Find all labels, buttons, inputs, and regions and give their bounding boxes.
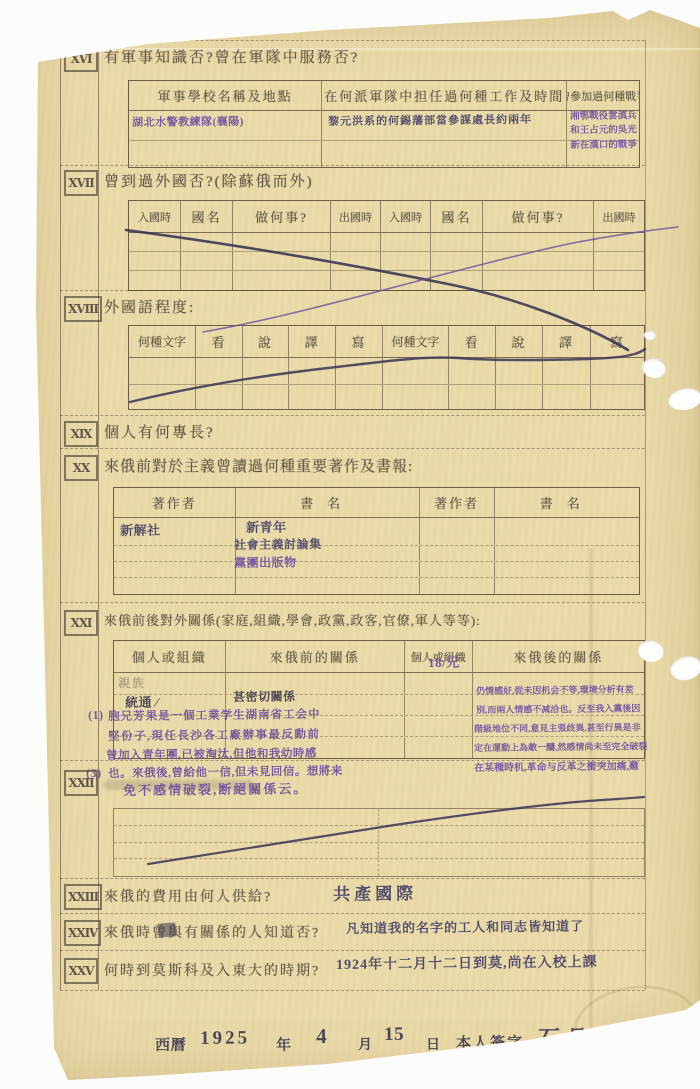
section-22-numeral: ⅩⅫ <box>64 770 98 796</box>
empty-cell <box>405 673 473 694</box>
section-21-numeral: ⅩⅪ <box>64 610 98 636</box>
year-label: 年 <box>276 1034 292 1055</box>
empty-cell <box>405 716 473 736</box>
column-header: 做何事? <box>233 201 331 232</box>
numeral-column-divider <box>98 40 99 990</box>
empty-cell <box>114 809 379 825</box>
empty-cell <box>181 252 233 270</box>
empty-cell <box>495 518 639 545</box>
empty-cell <box>381 252 431 270</box>
column-header: 看 <box>196 326 243 357</box>
empty-cell <box>129 141 322 167</box>
hw-line: 胞兄芳果是一個工業学生湖南省工会中 <box>108 706 321 724</box>
empty-cell <box>483 233 594 251</box>
section-divider <box>60 990 645 991</box>
empty-cell <box>495 562 639 577</box>
empty-cell <box>381 271 431 290</box>
empty-cell <box>449 358 496 384</box>
empty-cell <box>129 358 196 384</box>
empty-cell <box>114 843 379 858</box>
empty-cell <box>420 518 495 545</box>
column-header: 出國時 <box>594 201 644 232</box>
hw-line: 定在運動上為敵一醻,然感情尚未至完全破裂 <box>474 739 647 754</box>
empty-cell <box>331 233 381 251</box>
hw-answer-24: 凡知道我的名字的工人和同志皆知道了 <box>346 916 584 937</box>
hw-answer-23: 共產國際 <box>333 879 417 905</box>
column-header: 著作者 <box>420 488 495 517</box>
empty-cell <box>449 385 496 409</box>
section-16-numeral: ⅩⅥ <box>64 46 98 72</box>
hw-author: 新解社 <box>120 520 161 539</box>
form-right-border <box>645 40 646 990</box>
column-header: 書名 <box>236 488 420 517</box>
section-23-numeral: ⅩⅩⅢ <box>64 884 102 910</box>
section-divider <box>60 448 645 449</box>
empty-cell <box>322 141 567 167</box>
hw-service-answer: 黎元洪系的何錫藩部當參謀處長約兩年 <box>328 111 532 129</box>
hw-line: 在某種時机,革命与反革之衝突加痛,難 <box>474 757 639 774</box>
section-divider <box>60 602 645 603</box>
section-24-numeral: ⅩⅩⅣ <box>64 920 101 946</box>
hw-note-mark: 18/兄 <box>428 652 460 671</box>
month-label: 月 <box>358 1034 373 1054</box>
column-header: 說 <box>496 326 543 357</box>
column-header: 出國時 <box>331 201 381 232</box>
empty-cell <box>483 252 594 270</box>
section-25-numeral: ⅩⅩⅤ <box>64 958 98 984</box>
empty-cell <box>594 252 644 270</box>
column-header: 來俄前的關係 <box>226 641 405 672</box>
sign-label: 本人簽字 <box>456 1031 524 1053</box>
section-18-numeral: ⅩⅧ <box>64 296 102 322</box>
column-header: 看 <box>449 326 496 357</box>
section-divider <box>60 40 645 41</box>
empty-cell <box>331 252 381 270</box>
empty-cell <box>181 233 233 251</box>
section-16-question: 有軍事知識否?曾在軍隊中服務否? <box>104 46 359 67</box>
paper-tear-hole <box>644 330 656 340</box>
section-24-question: 來俄時曾與有關係的人知道否? <box>104 922 320 942</box>
column-header: 譯 <box>289 326 336 357</box>
column-header: 說 <box>243 326 289 357</box>
empty-cell <box>381 233 431 251</box>
abroad-table: 入國時 國名 做何事? 出國時 入國時 國名 做何事? 出國時 <box>128 200 645 291</box>
empty-cell <box>420 546 495 561</box>
empty-cell <box>233 233 331 251</box>
empty-cell <box>483 271 594 290</box>
empty-cell <box>405 695 473 715</box>
empty-cell <box>129 252 181 270</box>
column-header: 做何事? <box>483 201 594 232</box>
empty-cell <box>236 578 420 594</box>
hw-month-value: 4 <box>316 1024 327 1049</box>
empty-cell <box>379 826 644 842</box>
hw-day-value: 15 <box>384 1024 404 1046</box>
empty-cell <box>114 546 236 561</box>
column-header: 寫 <box>591 326 644 357</box>
hw-wars-answer: 湘鄂戰役雲滇兵和王占元的吳光新在漢口的戰爭 <box>570 109 640 152</box>
empty-cell <box>114 826 379 842</box>
empty-cell <box>114 859 379 876</box>
empty-cell <box>543 358 591 384</box>
hw-overflow-line: 免不感情破裂,断絕關係云。 <box>123 778 308 799</box>
hw-line: 階級地位不同,意見主張歧異,甚至行異是非 <box>474 720 641 735</box>
hw-line: 仍情感好,從未因机会不等,環境分析有差 <box>476 682 634 697</box>
empty-cell <box>379 843 644 858</box>
empty-cell <box>594 233 644 251</box>
empty-cell <box>431 271 483 290</box>
section-17-numeral: ⅩⅦ <box>64 170 98 196</box>
section-19-question: 個人有何專長? <box>104 421 215 442</box>
empty-cell <box>496 358 543 384</box>
column-header: 軍事學校名稱及地點 <box>129 81 322 110</box>
hw-book-2: 社會主義討論集 <box>234 535 322 553</box>
hw-line: 堅份子,現任長沙各工廠辦事最反動前 <box>108 726 321 744</box>
language-table: 何種文字 看 說 譯 寫 何種文字 看 說 譯 寫 <box>128 325 645 410</box>
empty-cell <box>233 271 331 290</box>
empty-cell <box>129 385 196 409</box>
day-label: 日 <box>426 1034 441 1054</box>
faint-row-label: 親族 <box>118 674 146 691</box>
hw-line: 曾加入青年團,已被淘汰,但他和我幼時感 <box>106 745 317 763</box>
section-21-question: 來俄前後對外關係(家庭,組織,學會,政黨,政客,官僚,軍人等等): <box>104 610 481 629</box>
empty-cell <box>495 578 639 594</box>
column-header: 國名 <box>181 201 233 232</box>
paper-sheet: ⅩⅥ 有軍事知識否?曾在軍隊中服務否? 軍事學校名稱及地點 在何派軍隊中担任過何… <box>28 8 700 1082</box>
empty-cell <box>336 385 383 409</box>
empty-cell <box>431 252 483 270</box>
empty-cell <box>431 233 483 251</box>
empty-cell <box>129 233 181 251</box>
empty-cell <box>405 737 473 758</box>
empty-cell <box>420 578 495 594</box>
column-header: 曾參加過何種戰爭 <box>567 81 639 110</box>
hw-school-answer: 湖北水警教練隊(襄陽) <box>132 113 244 130</box>
empty-cell <box>543 385 591 409</box>
empty-cell <box>289 358 336 384</box>
hw-year-value: 1925 <box>200 1027 250 1050</box>
section-20-numeral: ⅩⅩ <box>64 455 98 481</box>
hw-line: 別,而兩人情感不减洽也。反至我入黨後因 <box>476 701 640 716</box>
empty-cell <box>114 578 236 594</box>
hw-item-number: (1) <box>88 708 104 723</box>
empty-cell <box>233 252 331 270</box>
column-header: 譯 <box>543 326 591 357</box>
form-left-border <box>60 40 61 990</box>
empty-cell <box>496 385 543 409</box>
hw-book-1: 新青年 <box>246 517 287 536</box>
empty-cell <box>420 562 495 577</box>
empty-cell <box>289 385 336 409</box>
empty-cell <box>383 358 449 384</box>
empty-cell <box>594 271 644 290</box>
readings-table: 著作者 書名 著作者 書名 <box>113 487 640 595</box>
section-25-question: 何時到莫斯科及入東大的時期? <box>104 960 320 980</box>
section-17-question: 曾到過外國否?(除蘇俄而外) <box>104 170 314 191</box>
column-header: 國名 <box>431 201 483 232</box>
column-header: 來俄後的關係 <box>473 641 644 672</box>
hw-answer-25: 1924年十二月十二日到莫,尚在入校上課 <box>336 951 598 974</box>
empty-cell <box>591 358 644 384</box>
section-19-numeral: ⅩⅨ <box>64 421 98 447</box>
column-header: 入國時 <box>381 201 431 232</box>
hw-line: 甚密切關係 <box>233 687 296 705</box>
empty-cell <box>196 385 243 409</box>
scanned-form-photo: ⅩⅥ 有軍事知識否?曾在軍隊中服務否? 軍事學校名稱及地點 在何派軍隊中担任過何… <box>0 0 700 1089</box>
empty-cell <box>331 271 381 290</box>
empty-cell <box>243 358 289 384</box>
column-header: 何種文字 <box>129 326 196 357</box>
empty-cell <box>336 358 383 384</box>
empty-cell <box>129 271 181 290</box>
column-header: 著作者 <box>114 488 236 517</box>
hw-book-3: 黨團出版物 <box>234 553 297 571</box>
section-divider <box>60 913 645 914</box>
empty-cell <box>181 271 233 290</box>
section-23-question: 來俄的費用由何人供給? <box>104 886 272 906</box>
empty-cell <box>243 385 289 409</box>
section-20-question: 來俄前對於主義曾讀過何種重要著作及書報: <box>104 455 413 476</box>
empty-cell <box>114 562 236 577</box>
empty-cell <box>495 546 639 561</box>
empty-cell <box>379 859 644 876</box>
empty-cell <box>591 385 644 409</box>
hw-date-prefix: 西曆 <box>155 1034 186 1055</box>
section-18-question: 外國語程度: <box>104 296 195 317</box>
empty-cell <box>379 809 644 825</box>
empty-cell <box>383 385 449 409</box>
column-header: 何種文字 <box>383 326 449 357</box>
column-header: 書名 <box>495 488 639 517</box>
scratched-out-word <box>158 922 177 937</box>
empty-cell <box>196 358 243 384</box>
column-header: 入國時 <box>129 201 181 232</box>
section-22-table <box>113 808 645 877</box>
column-header: 個人或組織 <box>114 641 226 672</box>
column-header: 寫 <box>336 326 383 357</box>
column-header: 在何派軍隊中担任過何種工作及時間 <box>322 81 567 110</box>
section-divider <box>60 415 645 416</box>
